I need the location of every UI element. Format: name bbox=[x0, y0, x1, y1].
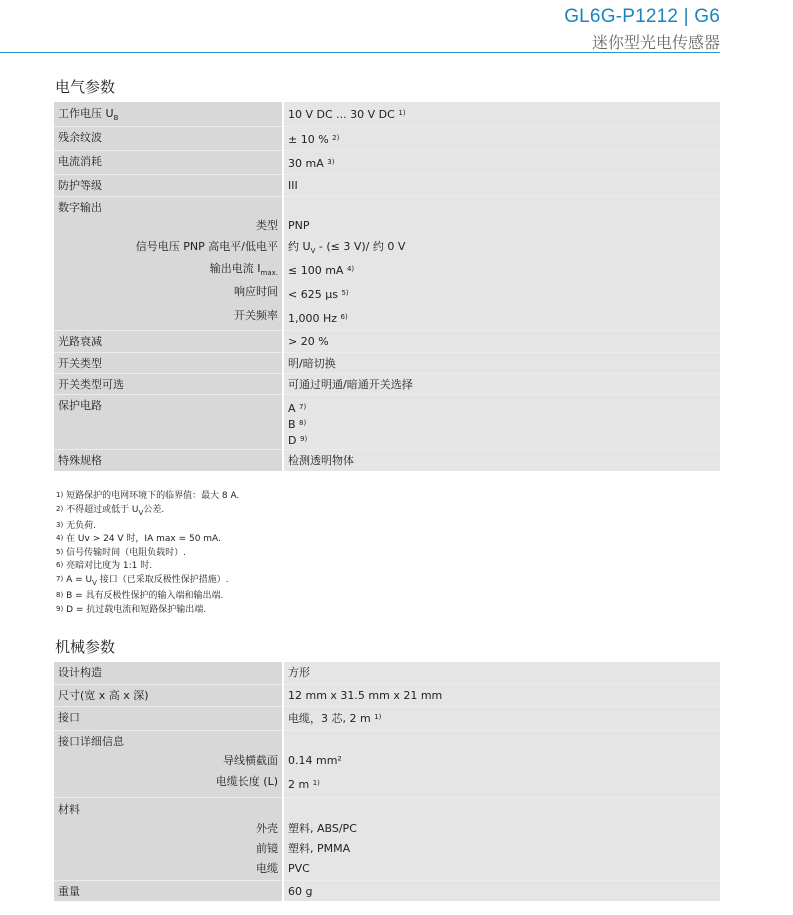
table-row: 残余纹波 ± 10 % 2) bbox=[54, 126, 720, 150]
table-row: 接口 电缆，3 芯, 2 m 1) bbox=[54, 706, 720, 730]
table-row: 设计构造 方形 bbox=[54, 662, 720, 684]
table-row: 防护等级 III bbox=[54, 174, 720, 196]
mechanical-table: 设计构造 方形 尺寸(宽 x 高 x 深) 12 mm x 31.5 mm x … bbox=[54, 662, 720, 901]
footnote: 6) 亮暗对比度为 1:1 时. bbox=[56, 560, 239, 574]
table-row: 电缆 PVC bbox=[54, 859, 720, 880]
footnotes: 1) 短路保护的电网环境下的临界值：最大 8 A. 2) 不得超过或低于 UV公… bbox=[56, 490, 239, 617]
table-row: 开关类型 明/暗切换 bbox=[54, 352, 720, 373]
table-row: 保护电路 A 7) B 8) D 9) bbox=[54, 394, 720, 449]
footnote: 4) 在 Uv > 24 V 时，IA max = 50 mA. bbox=[56, 533, 239, 547]
table-row: 导线横截面 0.14 mm² bbox=[54, 750, 720, 772]
table-row: 开关频率 1,000 Hz 6) bbox=[54, 306, 720, 330]
section-title-mechanical: 机械参数 bbox=[55, 636, 115, 657]
table-row: 接口详细信息 bbox=[54, 730, 720, 750]
header-subtitle: 迷你型光电传感器 bbox=[592, 30, 720, 53]
table-row: 尺寸(宽 x 高 x 深) 12 mm x 31.5 mm x 21 mm bbox=[54, 684, 720, 706]
table-row: 外壳 塑料, ABS/PC bbox=[54, 819, 720, 839]
table-row: 输出电流 Imax. ≤ 100 mA 4) bbox=[54, 258, 720, 282]
table-row: 特殊规格 检测透明物体 bbox=[54, 449, 720, 471]
table-row: 电流消耗 30 mA 3) bbox=[54, 150, 720, 174]
footnote: 8) B = 具有反极性保护的输入端和输出端. bbox=[56, 590, 239, 604]
table-row: 重量 60 g bbox=[54, 880, 720, 901]
table-row: 工作电压 UB 10 V DC ... 30 V DC 1) bbox=[54, 102, 720, 126]
footnote: 1) 短路保护的电网环境下的临界值：最大 8 A. bbox=[56, 490, 239, 504]
table-row: 数字输出 bbox=[54, 196, 720, 216]
header-divider bbox=[0, 52, 720, 53]
footnote: 7) A = UV 接口（已采取反极性保护措施）. bbox=[56, 574, 239, 590]
footnote: 2) 不得超过或低于 UV公差. bbox=[56, 504, 239, 520]
table-row: 材料 bbox=[54, 797, 720, 819]
header-title: GL6G-P1212 | G6 bbox=[564, 6, 720, 28]
table-row: 电缆长度 (L) 2 m 1) bbox=[54, 772, 720, 797]
protection-circuit-d: D 9) bbox=[288, 433, 716, 449]
table-row: 开关类型可选 可通过明通/暗通开关选择 bbox=[54, 373, 720, 394]
table-row: 光路衰减 > 20 % bbox=[54, 330, 720, 352]
protection-circuit-b: B 8) bbox=[288, 417, 716, 433]
footnote: 9) D = 抗过载电流和短路保护输出端. bbox=[56, 604, 239, 618]
table-row: 响应时间 < 625 μs 5) bbox=[54, 282, 720, 306]
table-row: 类型 PNP bbox=[54, 216, 720, 237]
electrical-table: 工作电压 UB 10 V DC ... 30 V DC 1) 残余纹波 ± 10… bbox=[54, 102, 720, 471]
protection-circuit-a: A 7) bbox=[288, 401, 716, 417]
table-row: 前镜 塑料, PMMA bbox=[54, 839, 720, 859]
footnote: 3) 无负荷. bbox=[56, 520, 239, 534]
section-title-electrical: 电气参数 bbox=[55, 76, 115, 97]
table-row: 信号电压 PNP 高电平/低电平 约 UV - (≤ 3 V)/ 约 0 V bbox=[54, 237, 720, 258]
footnote: 5) 信号传输时间（电阻负载时）. bbox=[56, 547, 239, 561]
